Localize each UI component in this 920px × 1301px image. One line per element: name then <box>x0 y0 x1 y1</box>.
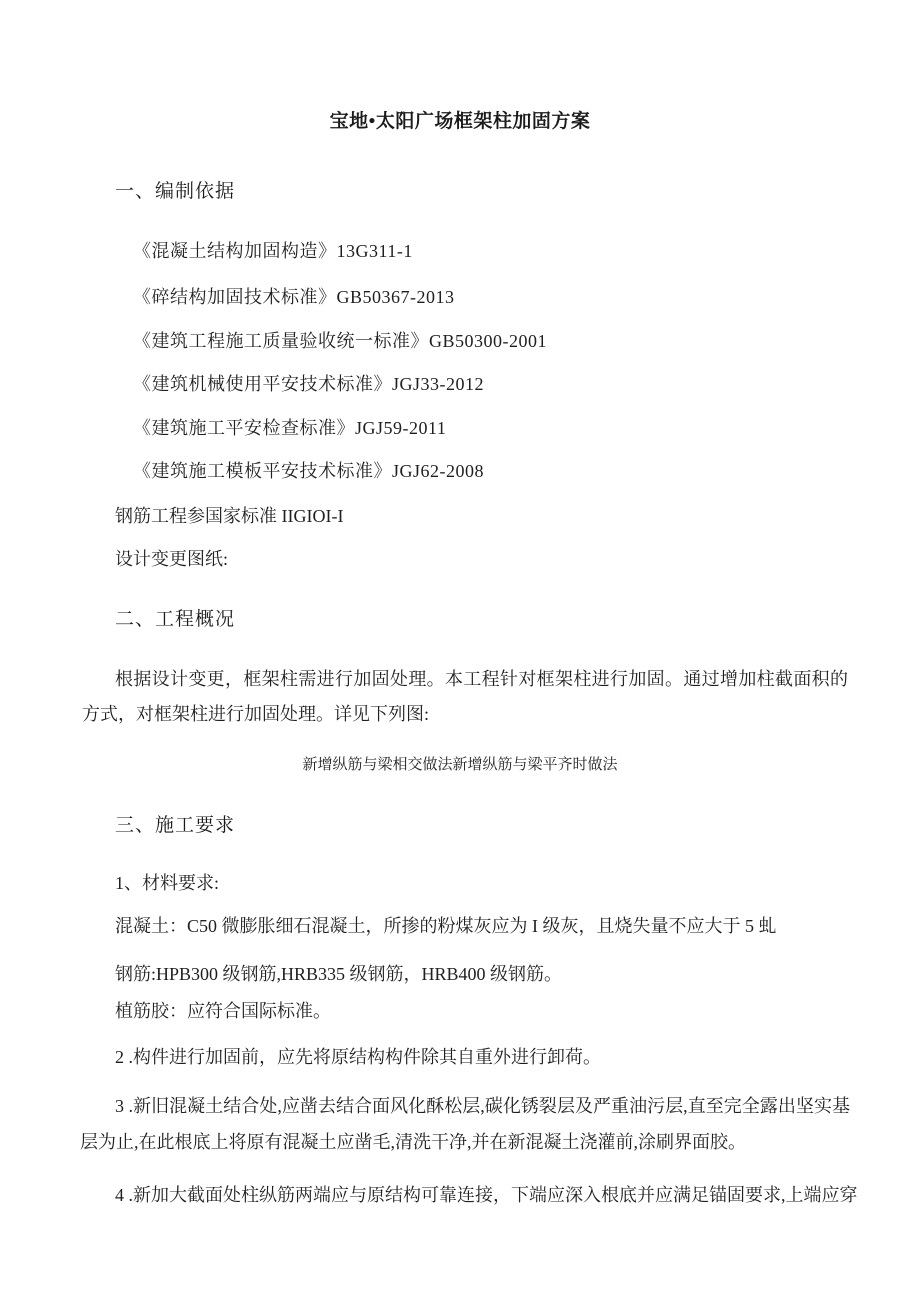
material-requirements-heading: 1、材料要求: <box>115 870 219 896</box>
requirement-item-2: 2 .构件进行加固前，应先将原结构构件除其自重外进行卸荷。 <box>115 1044 601 1070</box>
design-change-note: 设计变更图纸: <box>115 546 228 572</box>
document-title: 宝地•太阳广场框架柱加固方案 <box>0 106 920 133</box>
reference-item: 《建筑施工模板平安技术标准》JGJ62-2008 <box>133 458 484 484</box>
reference-item: 《建筑工程施工质量验收统一标准》GB50300-2001 <box>133 328 547 354</box>
anchor-glue-requirement: 植筋胶：应符合国际标准。 <box>115 998 331 1024</box>
rebar-standard-note: 钢筋工程参国家标准 IIGIOI-I <box>115 503 343 529</box>
reference-item: 《建筑机械使用平安技术标准》JGJ33-2012 <box>133 371 484 397</box>
requirement-item-3: 3 .新旧混凝土结合处,应凿去结合面风化酥松层,碳化锈裂层及严重油污层,直至完全… <box>80 1088 850 1160</box>
concrete-requirement: 混凝土：C50 微膨胀细石混凝土，所掺的粉煤灰应为 I 级灰，且烧失量不应大于 … <box>115 913 777 939</box>
section-heading-basis: 一、编制依据 <box>115 176 235 203</box>
figure-caption: 新增纵筋与梁相交做法新增纵筋与梁平齐时做法 <box>0 753 920 774</box>
reference-item: 《建筑施工平安检查标准》JGJ59-2011 <box>133 415 446 441</box>
rebar-requirement: 钢筋:HPB300 级钢筋,HRB335 级钢筋，HRB400 级钢筋。 <box>115 961 562 987</box>
reference-item: 《混凝土结构加固构造》13G311-1 <box>133 238 413 264</box>
section-heading-overview: 二、工程概况 <box>115 604 235 631</box>
reference-item: 《碎结构加固技术标准》GB50367-2013 <box>133 284 455 310</box>
document-page: 宝地•太阳广场框架柱加固方案 一、编制依据 《混凝土结构加固构造》13G311-… <box>0 0 920 1301</box>
requirement-item-4: 4 .新加大截面处柱纵筋两端应与原结构可靠连接，下端应深入根底并应满足锚固要求,… <box>80 1178 880 1213</box>
overview-paragraph: 根据设计变更，框架柱需进行加固处理。本工程针对框架柱进行加固。通过增加柱截面积的… <box>82 662 848 732</box>
section-heading-requirements: 三、施工要求 <box>115 810 235 837</box>
